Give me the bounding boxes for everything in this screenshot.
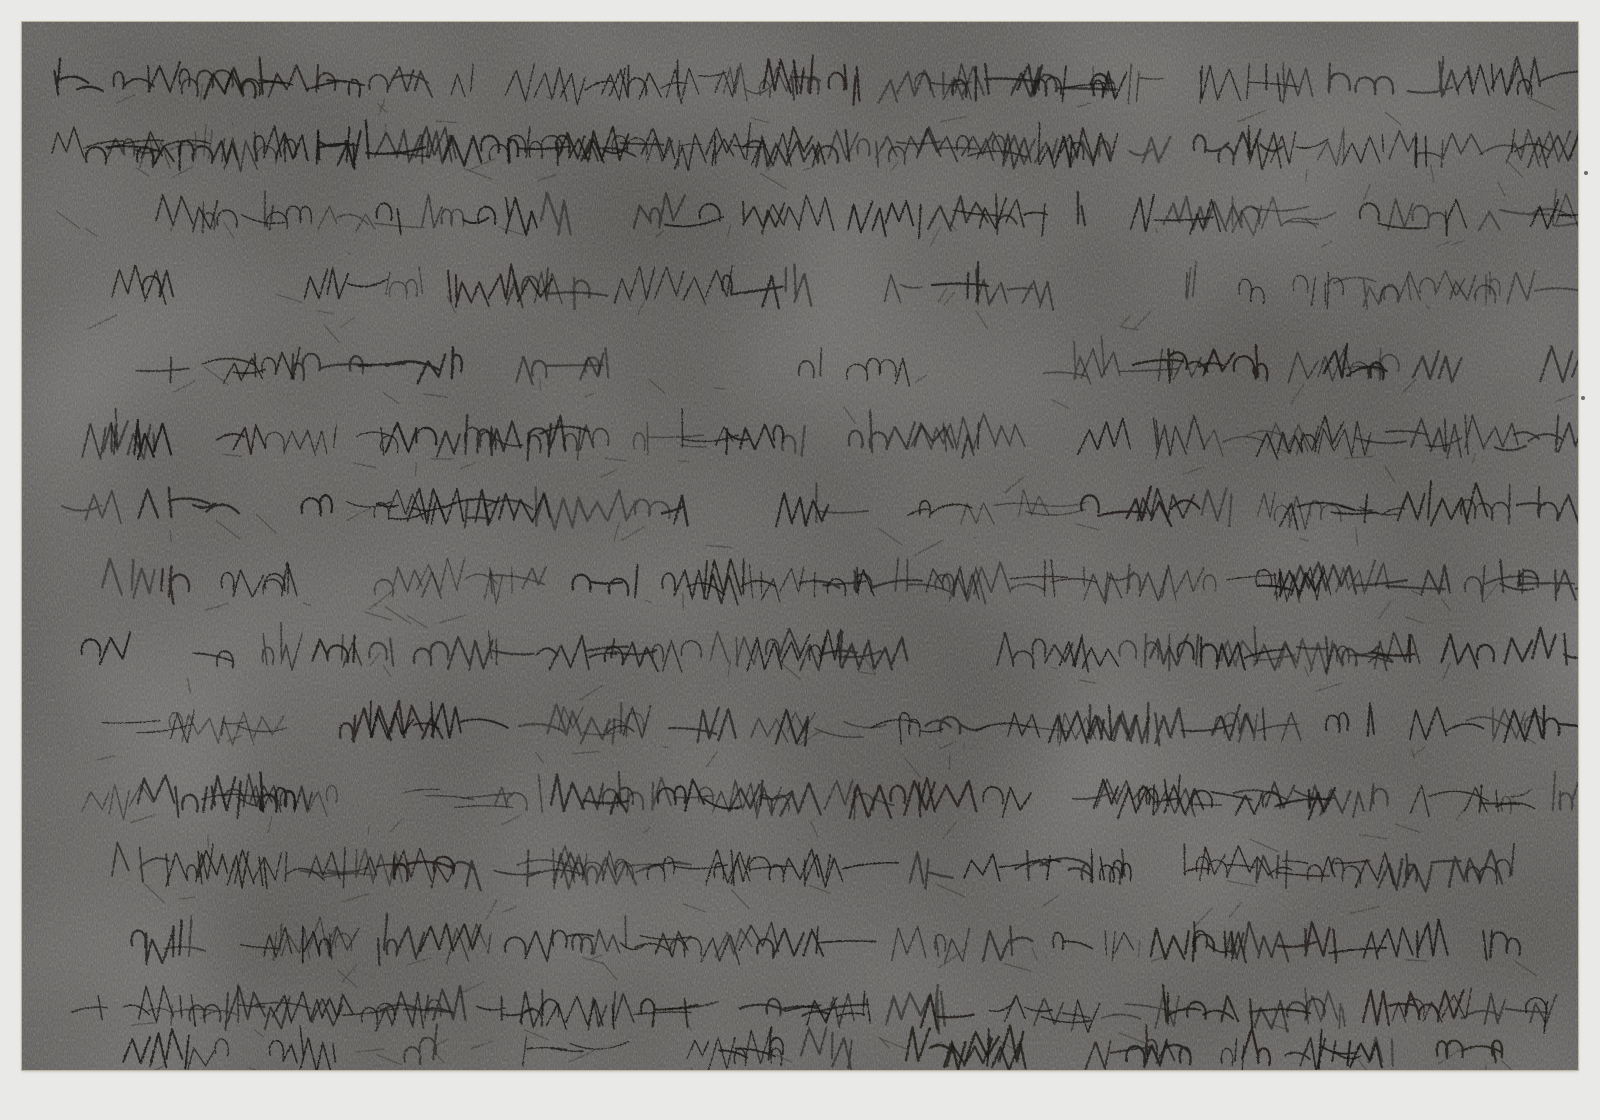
wall-pin (1584, 171, 1588, 175)
ghost-stroke (974, 538, 976, 539)
ghost-stroke (368, 827, 369, 835)
ghost-stroke (1156, 229, 1157, 233)
artwork-paper (22, 22, 1578, 1070)
paper-grain-texture (22, 22, 1578, 1070)
ghost-stroke (797, 839, 799, 840)
ghost-stroke (663, 747, 668, 748)
ghost-stroke (540, 378, 541, 391)
wall-pin (1581, 396, 1585, 400)
ghost-stroke (232, 123, 233, 128)
asemic-writing-marks (22, 22, 1578, 1070)
